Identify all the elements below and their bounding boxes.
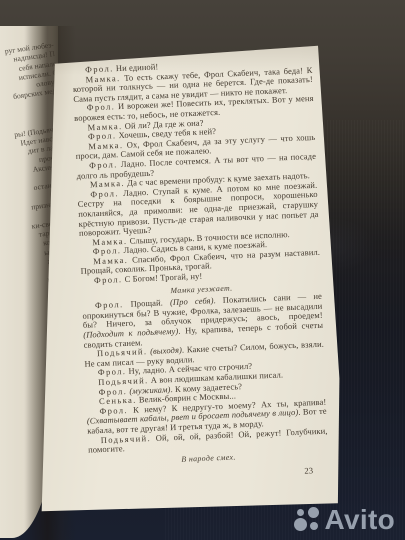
- avito-dot-top-icon: [308, 507, 319, 518]
- dialogue: Фрол. Ни единой!Мамка. То есть скажу теб…: [72, 56, 329, 468]
- speaker-name: Подьячий.: [100, 433, 151, 445]
- avito-wordmark: Avito: [325, 506, 395, 534]
- page-number: 23: [89, 466, 329, 486]
- right-page: Фрол. Ни единой!Мамка. То есть скажу теб…: [38, 42, 344, 516]
- avito-dot-large-icon: [294, 518, 307, 531]
- speaker-name: Фрол.: [94, 274, 123, 285]
- avito-dot-bottom-icon: [310, 522, 318, 530]
- avito-logo-icon: [294, 507, 321, 534]
- avito-dot-small-icon: [297, 509, 304, 516]
- book-photo: руг мой любез-надписцы! Псебя напалеиспи…: [0, 0, 405, 540]
- page-text: Фрол. Ни единой!Мамка. То есть скажу теб…: [72, 56, 329, 486]
- avito-watermark: Avito: [294, 506, 395, 534]
- speech-text: С Богом! Трогай, ну!: [122, 271, 202, 284]
